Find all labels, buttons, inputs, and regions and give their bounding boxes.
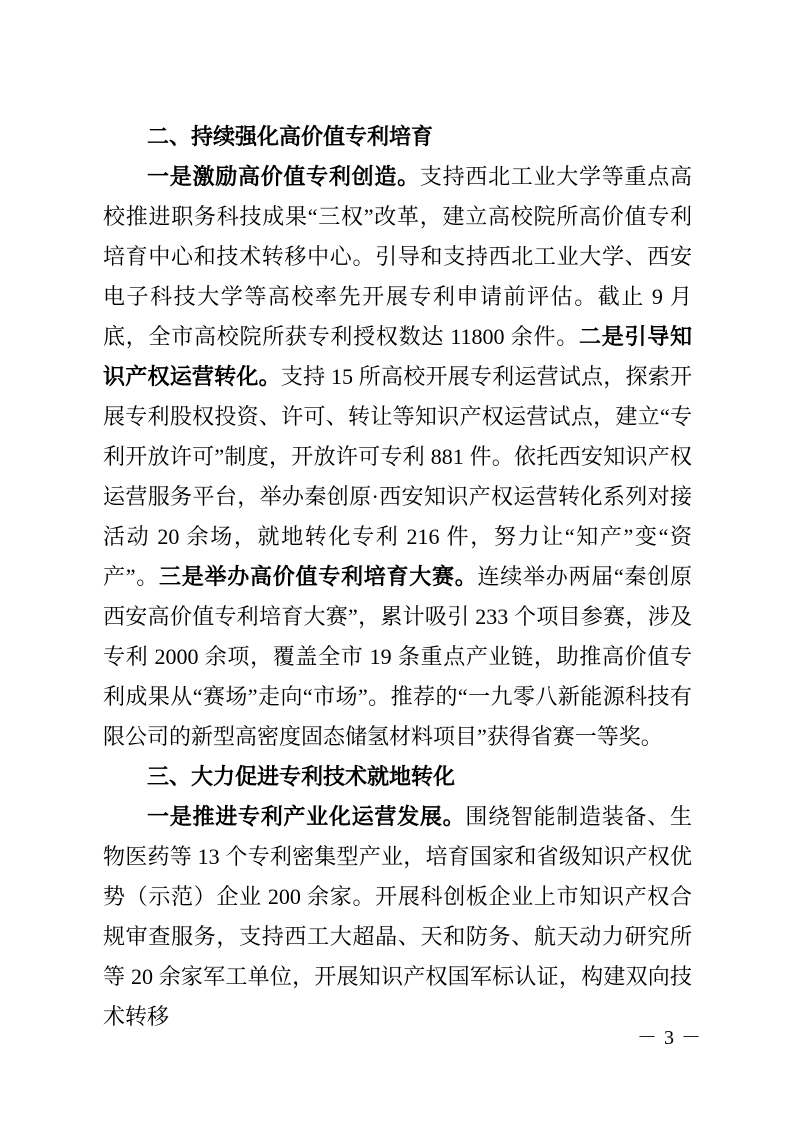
bold-lead-text: 一是激励高价值专利创造。 <box>147 164 420 189</box>
bold-lead-text: 三是举办高价值专利培育大赛。 <box>159 564 477 589</box>
page-number: － 3 － <box>637 1024 702 1052</box>
body-text: 连续举办两届“秦创原西安高价值专利培育大赛”，累计吸引 233 个项目参赛，涉及… <box>103 564 692 749</box>
section-2-paragraph: 一是激励高价值专利创造。支持西北工业大学等重点高校推进职务科技成果“三权”改革，… <box>103 157 692 757</box>
section-3-heading: 三、大力促进专利技术就地转化 <box>103 757 692 797</box>
section-2-heading: 二、持续强化高价值专利培育 <box>103 117 692 157</box>
document-body: 二、持续强化高价值专利培育一是激励高价值专利创造。支持西北工业大学等重点高校推进… <box>103 117 692 1037</box>
section-3-paragraph: 一是推进专利产业化运营发展。围绕智能制造装备、生物医药等 13 个专利密集型产业… <box>103 797 692 1037</box>
document-page: 二、持续强化高价值专利培育一是激励高价值专利创造。支持西北工业大学等重点高校推进… <box>0 0 794 1123</box>
body-text: 支持西北工业大学等重点高校推进职务科技成果“三权”改革，建立高校院所高价值专利培… <box>103 164 692 349</box>
body-text: 支持 15 所高校开展专利运营试点，探索开展专利股权投资、许可、转让等知识产权运… <box>103 364 692 589</box>
body-text: 围绕智能制造装备、生物医药等 13 个专利密集型产业，培育国家和省级知识产权优势… <box>103 804 692 1029</box>
bold-lead-text: 一是推进专利产业化运营发展。 <box>147 804 465 829</box>
